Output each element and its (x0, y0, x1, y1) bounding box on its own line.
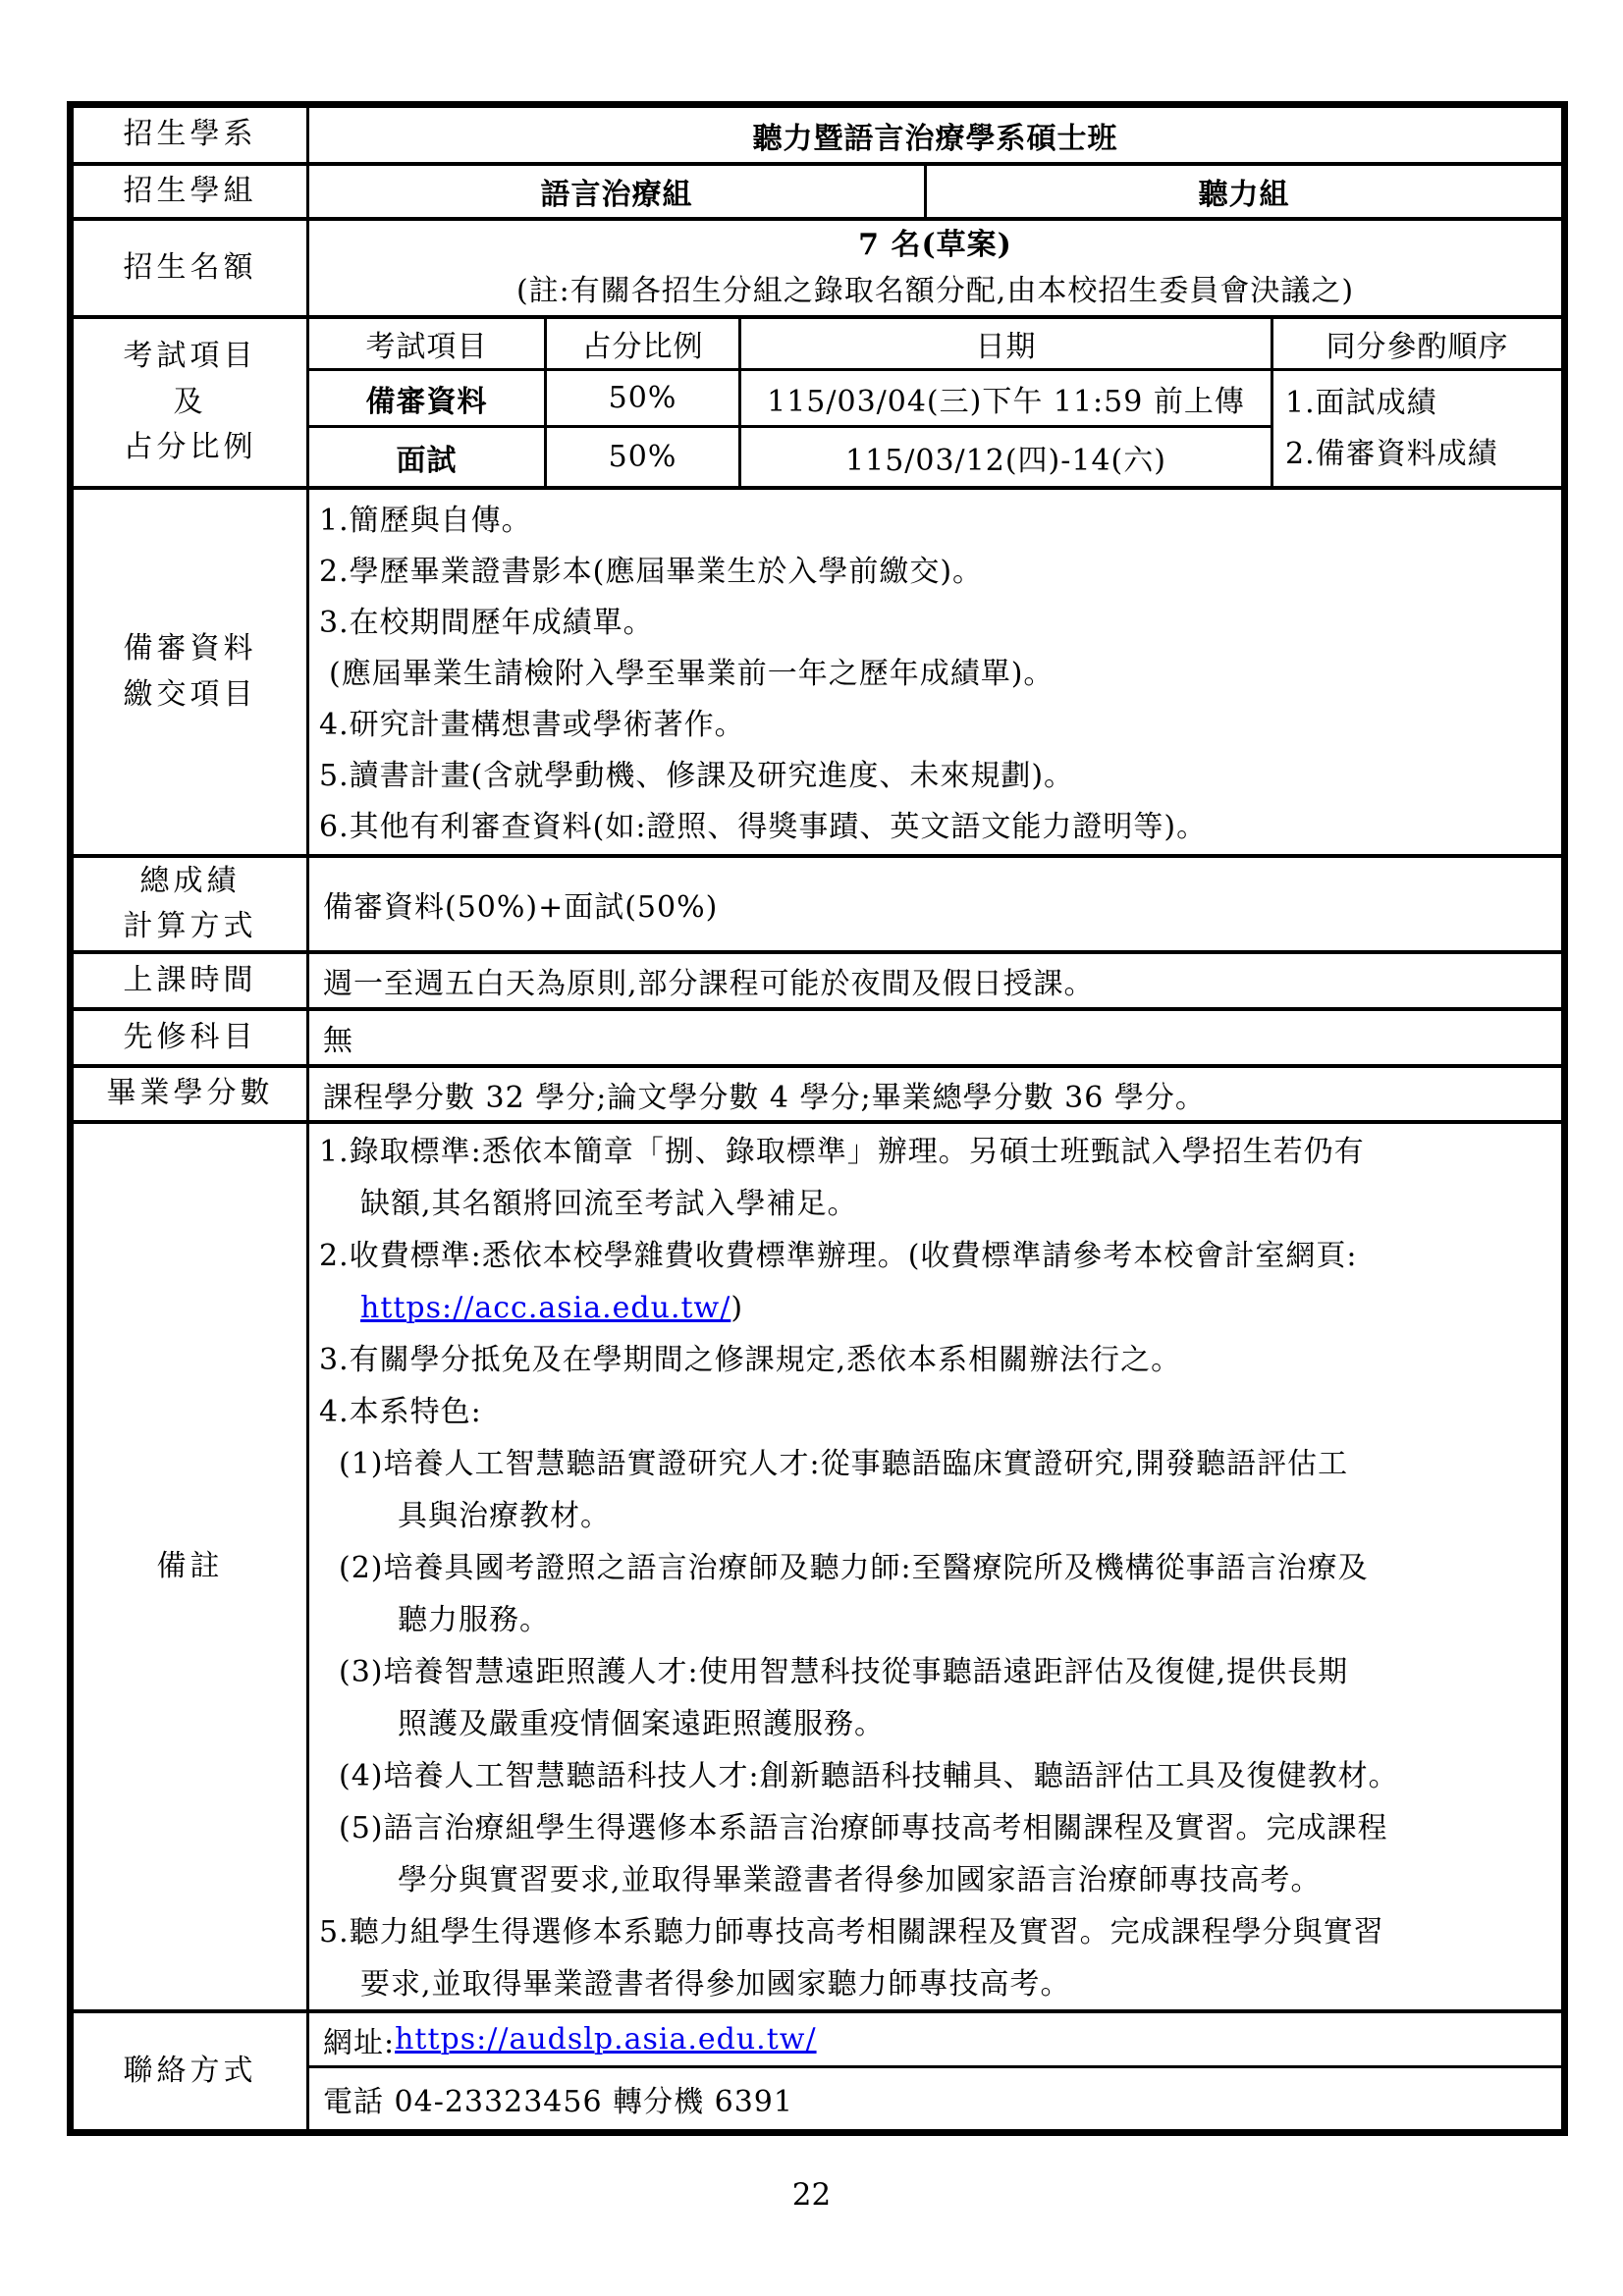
row-quota: 招生名額 7 名(草案) (註:有關各招生分組之錄取名額分配,由本校招生委員會決… (74, 221, 1561, 319)
text-line: (1)培養人工智慧聽語實證研究人才:從事聽語臨床實證研究,開發聽語評估工 (309, 1438, 1561, 1490)
exam-col-ratio-header: 占分比例 (547, 319, 741, 371)
row-total-score: 總成績 計算方式 備審資料(50%)+面試(50%) (74, 858, 1561, 954)
website-label: 網址: (323, 2018, 395, 2061)
quota-value: 7 名(草案) (309, 222, 1561, 268)
text-line: (2)培養具國考證照之語言治療師及聽力師:至醫療院所及機構從事語言治療及 (309, 1542, 1561, 1594)
exam-row1-date: 115/03/04(三)下午 11:59 前上傳 (741, 371, 1273, 428)
class-time-value: 週一至週五白天為原則,部分課程可能於夜間及假日授課。 (309, 954, 1561, 1007)
documents-list: 1.簡歷與自傳。2.學歷畢業證書影本(應屆畢業生於入學前繳交)。3.在校期間歷年… (309, 490, 1561, 854)
text-line: 1.錄取標準:悉依本簡章「捌、錄取標準」辦理。另碩士班甄試入學招生若仍有 (309, 1126, 1561, 1178)
text-line: 4.本系特色: (309, 1386, 1561, 1438)
text-line: 1.簡歷與自傳。 (309, 496, 1561, 547)
row-exam: 考試項目 及 占分比例 考試項目 占分比例 日期 同分參酌順序 備審資料 50%… (74, 319, 1561, 490)
text-line: 3.在校期間歷年成績單。 (309, 598, 1561, 649)
prerequisites-label: 先修科目 (74, 1011, 309, 1064)
contact-website-line: 網址: https://audslp.asia.edu.tw/ (309, 2013, 1561, 2068)
text-line: (應屆畢業生請檢附入學至畢業前一年之歷年成績單)。 (309, 649, 1561, 700)
text-line: (4)培養人工智慧聽語科技人才:創新聽語科技輔具、聽語評估工具及復健教材。 (309, 1750, 1561, 1802)
exam-tiebreak-cell: 1.面試成績 2.備審資料成績 (1273, 371, 1561, 486)
row-class-time: 上課時間 週一至週五白天為原則,部分課程可能於夜間及假日授課。 (74, 954, 1561, 1011)
prerequisites-value: 無 (309, 1011, 1561, 1064)
department-label: 招生學系 (74, 108, 309, 162)
row-contact: 聯絡方式 網址: https://audslp.asia.edu.tw/ 電話 … (74, 2013, 1561, 2129)
text-line: 3.有關學分抵免及在學期間之修課規定,悉依本系相關辦法行之。 (309, 1334, 1561, 1386)
credits-label: 畢業學分數 (74, 1068, 309, 1120)
remarks-label: 備註 (74, 1124, 309, 2009)
contact-cells: 網址: https://audslp.asia.edu.tw/ 電話 04-23… (309, 2013, 1561, 2129)
exam-row2-item: 面試 (309, 428, 547, 486)
quota-note: (註:有關各招生分組之錄取名額分配,由本校招生委員會決議之) (309, 268, 1561, 314)
contact-phone-line: 電話 04-23323456 轉分機 6391 (309, 2068, 1561, 2129)
text-line: 6.其他有利審查資料(如:證照、得獎事蹟、英文語文能力證明等)。 (309, 802, 1561, 853)
quota-cell: 7 名(草案) (註:有關各招生分組之錄取名額分配,由本校招生委員會決議之) (309, 221, 1561, 315)
department-value: 聽力暨語言治療學系碩士班 (309, 108, 1561, 162)
exam-row2-ratio: 50% (547, 428, 741, 486)
row-prerequisites: 先修科目 無 (74, 1011, 1561, 1068)
accounting-office-link[interactable]: https://acc.asia.edu.tw/ (360, 1291, 730, 1325)
row-documents: 備審資料 繳交項目 1.簡歷與自傳。2.學歷畢業證書影本(應屆畢業生於入學前繳交… (74, 490, 1561, 858)
remarks-list: 1.錄取標準:悉依本簡章「捌、錄取標準」辦理。另碩士班甄試入學招生若仍有缺額,其… (309, 1124, 1561, 2009)
text-line: 2.收費標準:悉依本校學雜費收費標準辦理。(收費標準請參考本校會計室網頁: (309, 1230, 1561, 1282)
groups-cells: 語言治療組 聽力組 (309, 166, 1561, 217)
group-speech-therapy: 語言治療組 (309, 166, 927, 217)
class-time-label: 上課時間 (74, 954, 309, 1007)
exam-subtable: 考試項目 占分比例 日期 同分參酌順序 備審資料 50% 115/03/04(三… (309, 319, 1561, 486)
text-line: 學分與實習要求,並取得畢業證書者得參加國家語言治療師專技高考。 (309, 1854, 1561, 1906)
document-page: 招生學系 聽力暨語言治療學系碩士班 招生學組 語言治療組 聽力組 招生名額 7 … (0, 0, 1623, 2296)
text-line: https://acc.asia.edu.tw/) (309, 1282, 1561, 1334)
groups-label: 招生學組 (74, 166, 309, 217)
documents-label: 備審資料 繳交項目 (74, 490, 309, 854)
exam-col-tiebreak-header: 同分參酌順序 (1273, 319, 1561, 371)
text-line: 5.聽力組學生得選修本系聽力師專技高考相關課程及實習。完成課程學分與實習 (309, 1906, 1561, 1958)
quota-label: 招生名額 (74, 221, 309, 315)
text-line: 5.讀書計畫(含就學動機、修課及研究進度、未來規劃)。 (309, 751, 1561, 802)
exam-row1-item: 備審資料 (309, 371, 547, 428)
text-line: 具與治療教材。 (309, 1490, 1561, 1542)
website-link[interactable]: https://audslp.asia.edu.tw/ (395, 2022, 816, 2056)
text-line: 聽力服務。 (309, 1594, 1561, 1646)
text-line: 2.學歷畢業證書影本(應屆畢業生於入學前繳交)。 (309, 547, 1561, 598)
exam-col-item-header: 考試項目 (309, 319, 547, 371)
tiebreak-item-2: 2.備審資料成績 (1285, 429, 1561, 480)
text-line: 要求,並取得畢業證書者得參加國家聽力師專技高考。 (309, 1958, 1561, 2010)
row-groups: 招生學組 語言治療組 聽力組 (74, 166, 1561, 221)
group-audiology: 聽力組 (927, 166, 1561, 217)
text-line: (3)培養智慧遠距照護人才:使用智慧科技從事聽語遠距評估及復健,提供長期 (309, 1646, 1561, 1698)
tiebreak-item-1: 1.面試成績 (1285, 378, 1561, 429)
total-score-label: 總成績 計算方式 (74, 858, 309, 950)
text-line: 缺額,其名額將回流至考試入學補足。 (309, 1178, 1561, 1230)
exam-row2-date: 115/03/12(四)-14(六) (741, 428, 1273, 486)
contact-label: 聯絡方式 (74, 2013, 309, 2129)
page-number: 22 (0, 2177, 1623, 2213)
exam-col-date-header: 日期 (741, 319, 1273, 371)
exam-row1-ratio: 50% (547, 371, 741, 428)
text-line: 4.研究計畫構想書或學術著作。 (309, 700, 1561, 751)
admission-table: 招生學系 聽力暨語言治療學系碩士班 招生學組 語言治療組 聽力組 招生名額 7 … (67, 101, 1568, 2136)
credits-value: 課程學分數 32 學分;論文學分數 4 學分;畢業總學分數 36 學分。 (309, 1068, 1561, 1120)
exam-label: 考試項目 及 占分比例 (74, 319, 309, 486)
row-remarks: 備註 1.錄取標準:悉依本簡章「捌、錄取標準」辦理。另碩士班甄試入學招生若仍有缺… (74, 1124, 1561, 2013)
text-line: 照護及嚴重疫情個案遠距照護服務。 (309, 1698, 1561, 1750)
text-line: (5)語言治療組學生得選修本系語言治療師專技高考相關課程及實習。完成課程 (309, 1802, 1561, 1854)
row-credits: 畢業學分數 課程學分數 32 學分;論文學分數 4 學分;畢業總學分數 36 學… (74, 1068, 1561, 1124)
total-score-value: 備審資料(50%)+面試(50%) (309, 858, 1561, 950)
row-department: 招生學系 聽力暨語言治療學系碩士班 (74, 108, 1561, 166)
